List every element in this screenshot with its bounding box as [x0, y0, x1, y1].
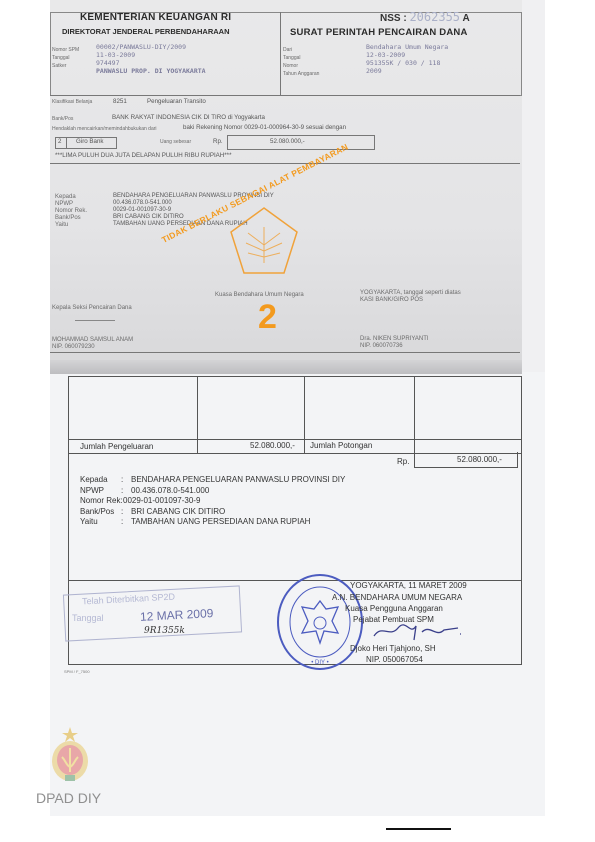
- ministry-title: KEMENTERIAN KEUANGAN RI: [80, 12, 231, 23]
- recipient-bottom-labels: Kepada NPWP Nomor Rek: Bank/Pos Yaitu: [80, 475, 123, 528]
- divider: [50, 95, 520, 96]
- document-title: SURAT PERINTAH PENCAIRAN DANA: [290, 27, 468, 38]
- nss-number: 2062355: [409, 10, 460, 24]
- total-value: 52.080.000,-: [457, 455, 502, 464]
- spm-date: 11-03-2009: [96, 51, 206, 59]
- sp2d-stamp-line2: Tanggal: [72, 613, 104, 623]
- form-code: SPM / F_7500: [64, 669, 90, 674]
- jumlah-potongan-label: Jumlah Potongan: [310, 441, 372, 450]
- recipient-top-labels: Kepada NPWP Nomor Rek. Bank/Pos Yaitu: [55, 194, 87, 229]
- klasifikasi-desc: Pengeluaran Transito: [147, 98, 206, 105]
- signer-name: Djoko Heri Tjahjono, SH: [350, 644, 436, 653]
- right-signer-title: KASI BANK/GIRO POS: [360, 297, 423, 303]
- row-divider: [68, 439, 521, 440]
- bank-value: BANK RAKYAT INDONESIA CIK DI TIRO di Yog…: [112, 114, 265, 121]
- klasifikasi-label: Klasifikasi Belanja: [52, 99, 92, 105]
- spm-number: 00002/PANWASLU-DIY/2009: [96, 43, 206, 51]
- rp-label: Rp.: [397, 457, 409, 466]
- treasury-emblem-icon: [228, 205, 300, 277]
- signature-mark: [75, 318, 115, 321]
- right-signer-name: Dra. NIKEN SUPRIYANTI: [360, 336, 429, 342]
- satker-code: 974497: [96, 59, 206, 67]
- col-divider: [414, 376, 415, 453]
- handwritten-number: 9R1355k: [144, 626, 185, 636]
- currency-label: Rp.: [213, 138, 223, 145]
- page-fold: [50, 360, 522, 374]
- sp2d-number: 951355K / 030 / 118: [366, 59, 448, 67]
- handwritten-signature-icon: [370, 620, 465, 642]
- col-divider: [304, 376, 305, 453]
- instruction-value: baki Rekening Nomor 0029-01-000964-30-9 …: [183, 124, 346, 131]
- header-right-values: Bendahara Umum Negara 12-03-2009 951355K…: [366, 43, 448, 75]
- jumlah-pengeluaran-value: 52.080.000,-: [250, 441, 295, 450]
- left-signer-nip: NIP. 060079230: [52, 344, 95, 350]
- sign-line1: A.N. BENDAHARA UMUM NEGARA: [332, 593, 462, 602]
- header-divider: [280, 12, 281, 95]
- svg-text:• DIY •: • DIY •: [311, 660, 328, 666]
- page-marker: [386, 828, 451, 830]
- copy-number: 2: [258, 298, 277, 337]
- nss: NSS : 2062355 A: [380, 10, 470, 24]
- directorate-title: DIREKTORAT JENDERAL PERBENDAHARAAN: [62, 27, 230, 36]
- watermark-text: DPAD DIY: [36, 790, 101, 806]
- col-divider: [197, 376, 198, 453]
- sign-place-date: YOGYAKARTA, 11 MARET 2009: [350, 581, 467, 590]
- right-signer-nip: NIP. 060070736: [360, 343, 403, 349]
- sheet-edge: [522, 0, 545, 372]
- klasifikasi-code: 8251: [113, 98, 127, 105]
- count-value: 2: [58, 138, 61, 145]
- yogyakarta-crest-icon: [50, 725, 90, 785]
- instruction-label: Hendaklah mencairkan/memindahbukukan dar…: [52, 126, 157, 132]
- right-signer-place: YOGYAKARTA, tanggal seperti diatas: [360, 290, 461, 296]
- jumlah-pengeluaran-label: Jumlah Pengeluaran: [80, 442, 153, 451]
- bank-label: Bank/Pos: [52, 116, 73, 122]
- amount-label: Uang sebesar: [160, 139, 191, 145]
- sign-line2: Kuasa Pengguna Anggaran: [345, 604, 443, 613]
- left-signer-name: MOHAMMAD SAMSUL ANAM: [52, 337, 133, 343]
- header-left-labels: Nomor SPM Tanggal Satker: [52, 46, 79, 70]
- left-signer-title: Kepala Seksi Pencairan Dana: [52, 305, 132, 311]
- signer-nip: NIP. 050067054: [366, 655, 423, 664]
- terbilang: ***LIMA PULUH DUA JUTA DELAPAN PULUH RIB…: [55, 152, 232, 159]
- header-left-values: 00002/PANWASLU-DIY/2009 11-03-2009 97449…: [96, 43, 206, 75]
- satker-name: PANWASLU PROP. DI YOGYAKARTA: [96, 67, 206, 75]
- recipient-bottom-values: BENDAHARA PENGELUARAN PANWASLU PROVINSI …: [131, 475, 345, 528]
- divider: [50, 163, 520, 164]
- amount-value: 52.080.000,-: [270, 138, 305, 145]
- payment-type: Giro Bank: [76, 138, 104, 145]
- divider: [50, 352, 520, 353]
- header-right-labels: Dari Tanggal Nomor Tahun Anggaran: [283, 46, 319, 78]
